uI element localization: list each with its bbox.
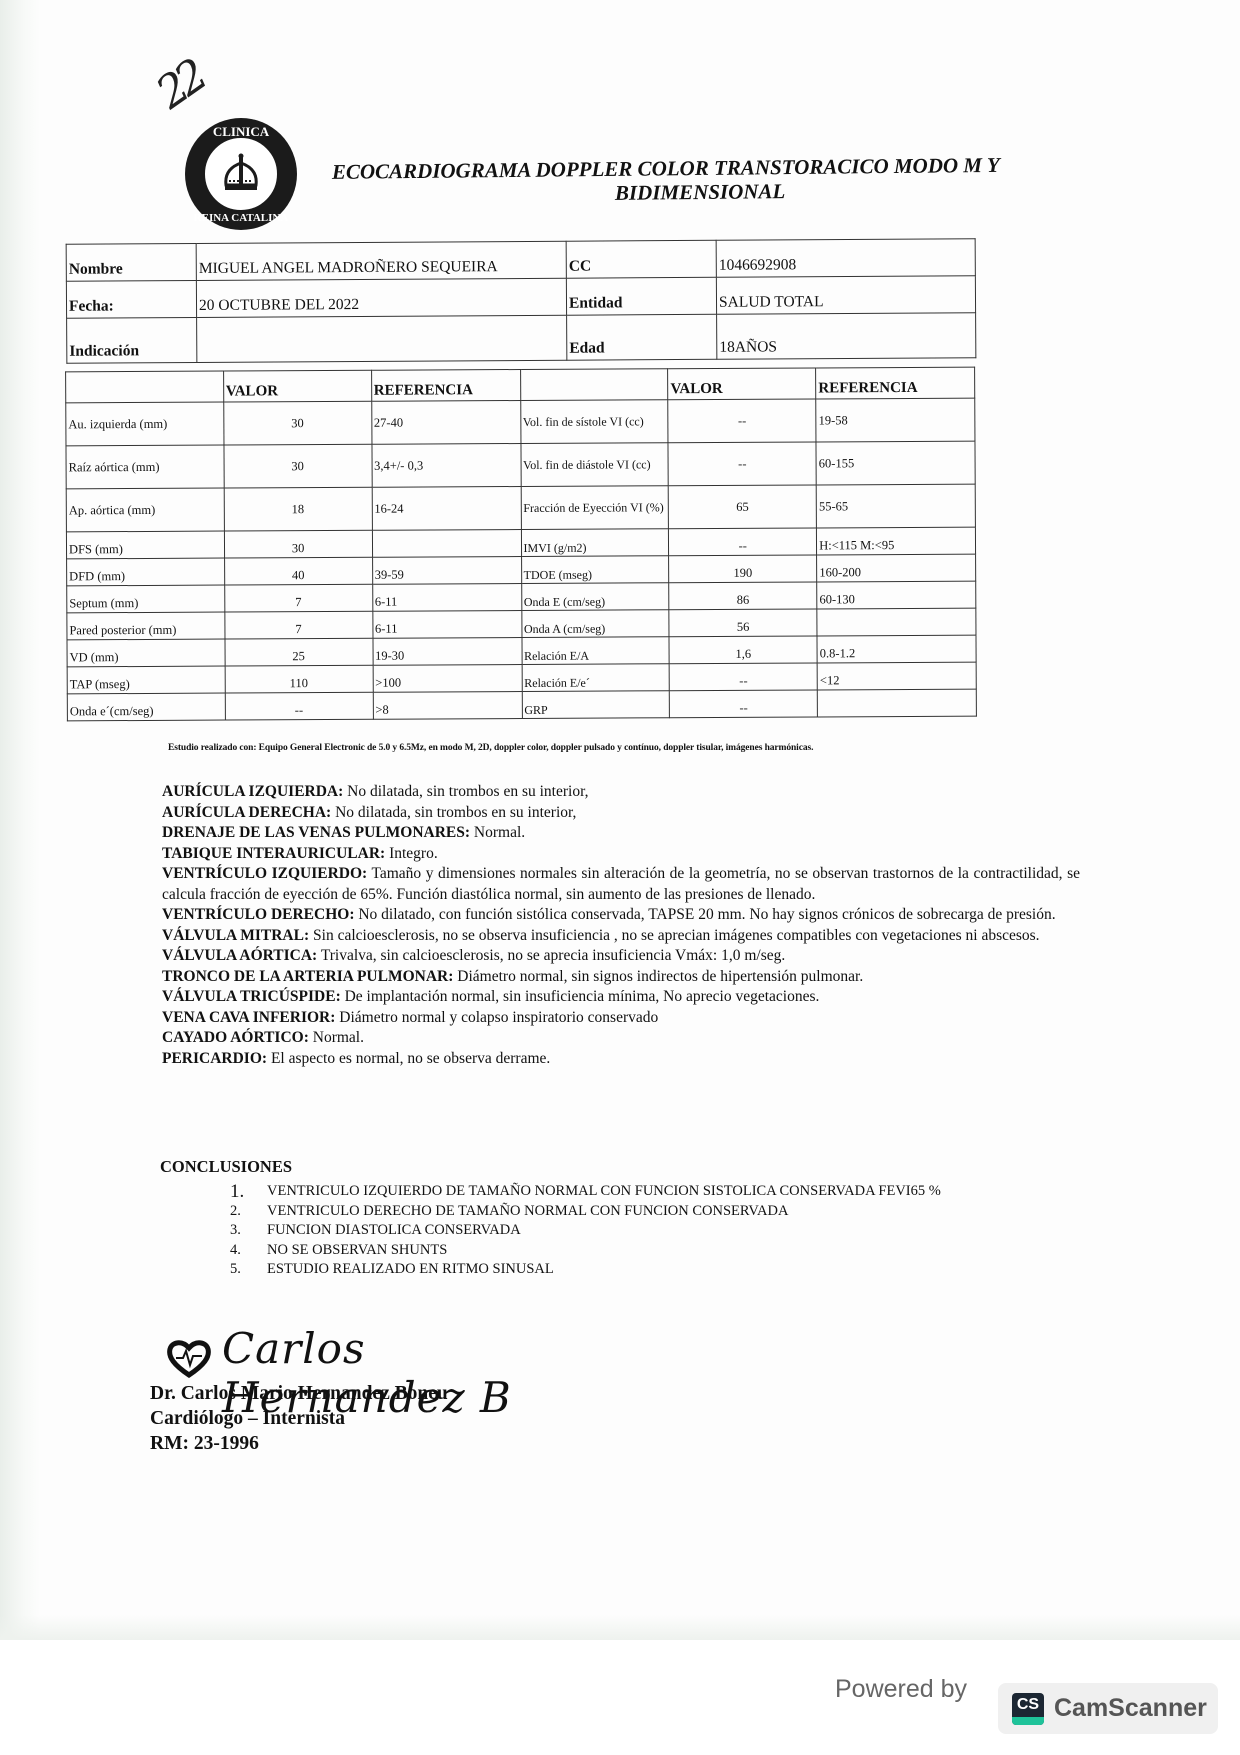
patient-field-label: Fecha: [66, 280, 196, 318]
powered-by-label: Powered by [835, 1675, 967, 1704]
finding-text: No dilatada, sin trombos en su interior, [343, 783, 588, 800]
value-cell: -- [669, 663, 817, 691]
finding-heading: VÁLVULA TRICÚSPIDE: [162, 988, 341, 1005]
doctor-name: Dr. Carlos Mario Hernandez Boneu [150, 1383, 448, 1405]
column-header [66, 371, 224, 403]
parameter-cell: TAP (mseg) [67, 666, 225, 694]
logo-text-top: CLINICA [185, 124, 297, 140]
patient-field-value: 1046692908 [716, 239, 975, 278]
reference-cell [372, 530, 521, 558]
conclusion-item: 4.NO SE OBSERVAN SHUNTS [230, 1241, 941, 1261]
reference-cell: 3,4+/- 0,3 [372, 444, 521, 488]
conclusion-text: VENTRICULO IZQUIERDO DE TAMAÑO NORMAL CO… [267, 1182, 941, 1202]
finding-paragraph: CAYADO AÓRTICO: Normal. [162, 1028, 1080, 1049]
finding-text: No dilatada, sin trombos en su interior, [331, 804, 576, 821]
reference-cell: <12 [817, 662, 976, 690]
conclusion-number: 1. [230, 1182, 267, 1202]
parameter-cell: Onda A (cm/seg) [521, 610, 669, 638]
conclusions-title: CONCLUSIONES [160, 1157, 292, 1177]
finding-paragraph: AURÍCULA IZQUIERDA: No dilatada, sin tro… [162, 782, 1080, 803]
finding-text: Sin calcioesclerosis, no se observa insu… [309, 927, 1039, 944]
parameter-cell: Vol. fin de sístole VI (cc) [520, 400, 668, 444]
parameter-cell: Onda E (cm/seg) [521, 583, 669, 611]
column-header: VALOR [223, 370, 371, 402]
patient-field-value: 20 OCTUBRE DEL 2022 [196, 278, 566, 317]
value-cell: -- [668, 442, 816, 486]
reference-cell: 19-30 [373, 637, 522, 665]
value-cell: 190 [669, 555, 817, 583]
patient-field-value: SALUD TOTAL [716, 276, 975, 315]
logo-text-bottom: REINA CATALINA [185, 212, 297, 224]
parameter-cell: IMVI (g/m2) [521, 529, 669, 557]
finding-text: Diámetro normal y colapso inspiratorio c… [335, 1009, 658, 1026]
column-header [520, 369, 668, 401]
patient-field-label: Nombre [66, 243, 196, 281]
value-cell: 30 [223, 401, 371, 445]
conclusion-text: VENTRICULO DERECHO DE TAMAÑO NORMAL CON … [267, 1202, 788, 1222]
reference-cell: H:<115 M:<95 [817, 527, 976, 555]
conclusion-text: ESTUDIO REALIZADO EN RITMO SINUSAL [267, 1260, 554, 1280]
conclusion-number: 5. [230, 1260, 267, 1280]
reference-cell: 60-130 [817, 581, 976, 609]
column-header: REFERENCIA [371, 370, 520, 402]
reference-cell: 27-40 [371, 401, 520, 445]
doctor-registration: RM: 23-1996 [150, 1433, 259, 1455]
patient-field-label: Indicación [67, 317, 197, 363]
scanned-page: 22 CLINICA REINA CATALINA ECOCARDIOGRAMA… [0, 0, 1240, 1640]
page-shadow-bottom [0, 1615, 1240, 1640]
column-header: REFERENCIA [816, 367, 975, 399]
doctor-role: Cardiólogo – Internista [150, 1408, 345, 1430]
parameter-cell: GRP [522, 691, 670, 719]
camscanner-brand-label: CamScanner [1054, 1694, 1207, 1723]
value-cell: -- [670, 690, 818, 718]
finding-paragraph: VÁLVULA AÓRTICA: Trivalva, sin calcioesc… [162, 946, 1080, 967]
camscanner-badge[interactable]: CS CamScanner [998, 1683, 1218, 1734]
patient-info-table: NombreMIGUEL ANGEL MADROÑERO SEQUEIRACC1… [66, 238, 977, 364]
table-row: Raíz aórtica (mm)303,4+/- 0,3Vol. fin de… [66, 441, 975, 489]
conclusion-number: 2. [230, 1202, 267, 1222]
finding-heading: VENTRÍCULO IZQUIERDO: [162, 865, 367, 882]
finding-heading: TABIQUE INTERAURICULAR: [162, 845, 385, 862]
title-line-2: BIDIMENSIONAL [615, 179, 786, 205]
finding-heading: TRONCO DE LA ARTERIA PULMONAR: [162, 968, 453, 985]
finding-paragraph: VENA CAVA INFERIOR: Diámetro normal y co… [162, 1008, 1080, 1029]
finding-text: El aspecto es normal, no se observa derr… [267, 1050, 550, 1067]
conclusion-number: 4. [230, 1241, 267, 1261]
parameter-cell: Raíz aórtica (mm) [66, 445, 224, 489]
value-cell: -- [668, 399, 816, 443]
handwritten-page-number: 22 [147, 52, 212, 119]
conclusion-item: 2.VENTRICULO DERECHO DE TAMAÑO NORMAL CO… [230, 1202, 941, 1222]
finding-text: Trivalva, sin calcioesclerosis, no se ap… [317, 947, 785, 964]
parameter-cell: Relación E/A [521, 637, 669, 665]
value-cell: 40 [224, 557, 372, 585]
measurements-table: VALORREFERENCIAVALORREFERENCIA Au. izqui… [65, 367, 977, 722]
reference-cell: 39-59 [372, 556, 521, 584]
heart-ecg-icon [166, 1338, 212, 1378]
value-cell: -- [669, 528, 817, 556]
finding-paragraph: TRONCO DE LA ARTERIA PULMONAR: Diámetro … [162, 967, 1080, 988]
finding-paragraph: DRENAJE DE LAS VENAS PULMONARES: Normal. [162, 823, 1080, 844]
column-header: VALOR [668, 368, 816, 400]
value-cell: 30 [224, 530, 372, 558]
reference-cell [817, 689, 976, 717]
table-row: Onda e´(cm/seg)-->8GRP-- [67, 689, 976, 721]
reference-cell: >8 [373, 691, 522, 719]
table-row: Au. izquierda (mm)3027-40Vol. fin de sís… [66, 398, 975, 446]
conclusion-text: FUNCION DIASTOLICA CONSERVADA [267, 1221, 521, 1241]
value-cell: 18 [224, 487, 372, 531]
finding-paragraph: VENTRÍCULO DERECHO: No dilatado, con fun… [162, 905, 1080, 926]
finding-heading: PERICARDIO: [162, 1050, 267, 1067]
parameter-cell: DFS (mm) [66, 531, 224, 559]
reference-cell [817, 608, 976, 636]
value-cell: 65 [668, 485, 816, 529]
reference-cell: 16-24 [372, 487, 521, 531]
crown-icon [218, 151, 264, 197]
equipment-note: Estudio realizado con: Equipo General El… [168, 743, 813, 753]
finding-paragraph: VÁLVULA MITRAL: Sin calcioesclerosis, no… [162, 926, 1080, 947]
finding-text: Normal. [470, 824, 525, 841]
parameter-cell: Vol. fin de diástole VI (cc) [520, 443, 668, 487]
finding-paragraph: VENTRÍCULO IZQUIERDO: Tamaño y dimension… [162, 864, 1080, 905]
finding-heading: AURÍCULA DERECHA: [162, 804, 331, 821]
value-cell: 7 [224, 611, 372, 639]
value-cell: 1,6 [669, 636, 817, 664]
finding-heading: VENA CAVA INFERIOR: [162, 1009, 335, 1026]
value-cell: 30 [224, 444, 372, 488]
reference-cell: 160-200 [817, 554, 976, 582]
parameter-cell: Onda e´(cm/seg) [67, 693, 225, 721]
patient-row: IndicaciónEdad18AÑOS [67, 313, 976, 364]
patient-row: NombreMIGUEL ANGEL MADROÑERO SEQUEIRACC1… [66, 239, 975, 282]
patient-field-value: 18AÑOS [717, 313, 976, 360]
conclusion-item: 3.FUNCION DIASTOLICA CONSERVADA [230, 1221, 941, 1241]
finding-heading: VÁLVULA AÓRTICA: [162, 947, 317, 964]
parameter-cell: Pared posterior (mm) [67, 612, 225, 640]
value-cell: 56 [669, 609, 817, 637]
findings-section: AURÍCULA IZQUIERDA: No dilatada, sin tro… [162, 782, 1080, 1069]
reference-cell: 19-58 [816, 398, 975, 442]
finding-paragraph: TABIQUE INTERAURICULAR: Integro. [162, 844, 1080, 865]
parameter-cell: Fracción de Eyección VI (%) [521, 486, 669, 530]
conclusion-item: 5.ESTUDIO REALIZADO EN RITMO SINUSAL [230, 1260, 941, 1280]
finding-heading: VENTRÍCULO DERECHO: [162, 906, 354, 923]
patient-field-value [197, 315, 567, 362]
parameter-cell: TDOE (mseg) [521, 556, 669, 584]
finding-text: Diámetro normal, sin signos indirectos d… [453, 968, 863, 985]
parameter-cell: Relación E/e´ [522, 664, 670, 692]
parameter-cell: Au. izquierda (mm) [66, 402, 224, 446]
finding-heading: VÁLVULA MITRAL: [162, 927, 309, 944]
conclusion-item: 1.VENTRICULO IZQUIERDO DE TAMAÑO NORMAL … [230, 1182, 941, 1202]
patient-field-label: Entidad [566, 277, 716, 315]
signature-area: Carlos Hernandez B [150, 1328, 590, 1388]
parameter-cell: VD (mm) [67, 639, 225, 667]
finding-paragraph: VÁLVULA TRICÚSPIDE: De implantación norm… [162, 987, 1080, 1008]
parameter-cell: Ap. aórtica (mm) [66, 488, 224, 532]
finding-text: De implantación normal, sin insuficienci… [341, 988, 820, 1005]
document-title: ECOCARDIOGRAMA DOPPLER COLOR TRANSTORACI… [320, 152, 1080, 208]
conclusions-list: 1.VENTRICULO IZQUIERDO DE TAMAÑO NORMAL … [230, 1182, 941, 1280]
patient-field-value: MIGUEL ANGEL MADROÑERO SEQUEIRA [196, 241, 566, 280]
value-cell: 7 [224, 584, 372, 612]
value-cell: 110 [225, 665, 373, 693]
finding-heading: AURÍCULA IZQUIERDA: [162, 783, 343, 800]
patient-field-label: Edad [567, 314, 717, 360]
value-cell: -- [225, 692, 373, 720]
patient-row: Fecha:20 OCTUBRE DEL 2022EntidadSALUD TO… [66, 276, 975, 319]
parameter-cell: Septum (mm) [67, 585, 225, 613]
finding-text: Normal. [309, 1029, 364, 1046]
finding-text: No dilatado, con función sistólica conse… [354, 906, 1055, 923]
conclusion-number: 3. [230, 1221, 267, 1241]
value-cell: 86 [669, 582, 817, 610]
finding-paragraph: AURÍCULA DERECHA: No dilatada, sin tromb… [162, 803, 1080, 824]
reference-cell: 6-11 [372, 610, 521, 638]
reference-cell: 60-155 [816, 441, 975, 485]
conclusion-text: NO SE OBSERVAN SHUNTS [267, 1241, 447, 1261]
finding-paragraph: PERICARDIO: El aspecto es normal, no se … [162, 1049, 1080, 1070]
table-row: Ap. aórtica (mm)1816-24Fracción de Eyecc… [66, 484, 975, 532]
clinic-logo: CLINICA REINA CATALINA [185, 118, 297, 230]
page-shadow-left [0, 0, 40, 1640]
finding-text: Integro. [385, 845, 438, 862]
reference-cell: 0.8-1.2 [817, 635, 976, 663]
finding-heading: DRENAJE DE LAS VENAS PULMONARES: [162, 824, 470, 841]
parameter-cell: DFD (mm) [67, 558, 225, 586]
camscanner-logo-icon: CS [1012, 1693, 1044, 1725]
reference-cell: >100 [373, 664, 522, 692]
cs-icon-text: CS [1017, 1696, 1039, 1714]
finding-heading: CAYADO AÓRTICO: [162, 1029, 309, 1046]
value-cell: 25 [225, 638, 373, 666]
reference-cell: 6-11 [372, 583, 521, 611]
patient-field-label: CC [566, 240, 716, 278]
reference-cell: 55-65 [816, 484, 975, 528]
